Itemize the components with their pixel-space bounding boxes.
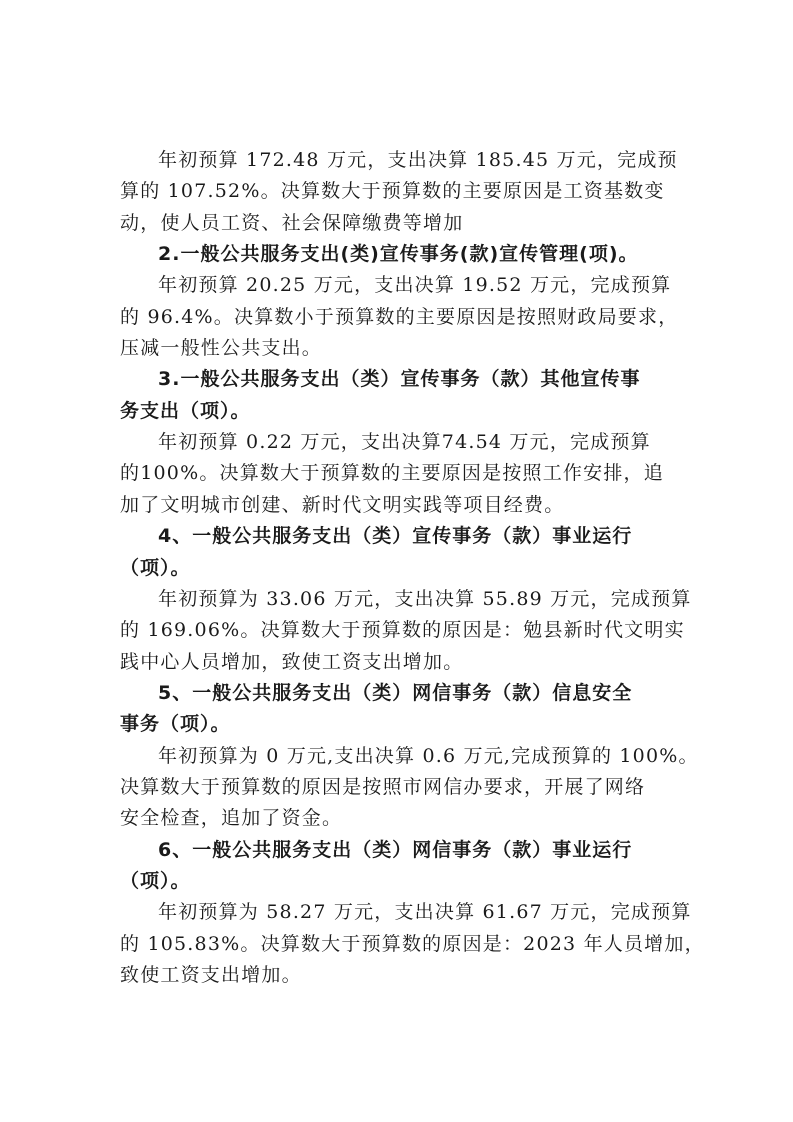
paragraph-line: 年初预算 172.48 万元，支出决算 185.45 万元，完成预 xyxy=(158,147,714,173)
paragraph-line: 安全检查，追加了资金。 xyxy=(120,805,676,831)
section-heading: （项）。 xyxy=(120,868,676,894)
section-heading: 2.一般公共服务支出(类)宣传事务(款)宣传管理(项)。 xyxy=(158,241,714,267)
paragraph-line: 年初预算 20.25 万元，支出决算 19.52 万元，完成预算 xyxy=(158,272,714,298)
section-heading: 4、一般公共服务支出（类）宣传事务（款）事业运行 xyxy=(158,523,714,549)
paragraph-line: 年初预算为 33.06 万元，支出决算 55.89 万元，完成预算 xyxy=(158,586,714,612)
section-heading: 6、一般公共服务支出（类）网信事务（款）事业运行 xyxy=(158,837,714,863)
section-heading: （项）。 xyxy=(120,555,676,581)
paragraph-line: 年初预算为 58.27 万元，支出决算 61.67 万元，完成预算 xyxy=(158,899,714,925)
section-heading: 务支出（项）。 xyxy=(120,398,676,424)
document-page: 年初预算 172.48 万元，支出决算 185.45 万元，完成预 算的 107… xyxy=(0,0,793,1122)
paragraph-line: 压减一般性公共支出。 xyxy=(120,335,676,361)
paragraph-line: 加了文明城市创建、新时代文明实践等项目经费。 xyxy=(120,492,676,518)
paragraph-line: 的 96.4%。决算数小于预算数的主要原因是按照财政局要求， xyxy=(120,304,676,330)
section-heading: 5、一般公共服务支出（类）网信事务（款）信息安全 xyxy=(158,680,714,706)
paragraph-line: 决算数大于预算数的原因是按照市网信办要求，开展了网络 xyxy=(120,774,676,800)
paragraph-line: 的 169.06%。决算数大于预算数的原因是：勉县新时代文明实 xyxy=(120,617,676,643)
paragraph-line: 的100%。决算数大于预算数的主要原因是按照工作安排，追 xyxy=(120,460,676,486)
paragraph-line: 动，使人员工资、社会保障缴费等增加 xyxy=(120,210,676,236)
section-heading: 事务（项）。 xyxy=(120,711,676,737)
paragraph-line: 践中心人员增加，致使工资支出增加。 xyxy=(120,649,676,675)
paragraph-line: 致使工资支出增加。 xyxy=(120,962,676,988)
paragraph-line: 算的 107.52%。决算数大于预算数的主要原因是工资基数变 xyxy=(120,178,676,204)
paragraph-line: 年初预算 0.22 万元，支出决算74.54 万元，完成预算 xyxy=(158,429,714,455)
section-heading: 3.一般公共服务支出（类）宣传事务（款）其他宣传事 xyxy=(158,366,714,392)
paragraph-line: 的 105.83%。决算数大于预算数的原因是：2023 年人员增加， xyxy=(120,931,676,957)
paragraph-line: 年初预算为 0 万元,支出决算 0.6 万元,完成预算的 100%。 xyxy=(158,743,714,769)
